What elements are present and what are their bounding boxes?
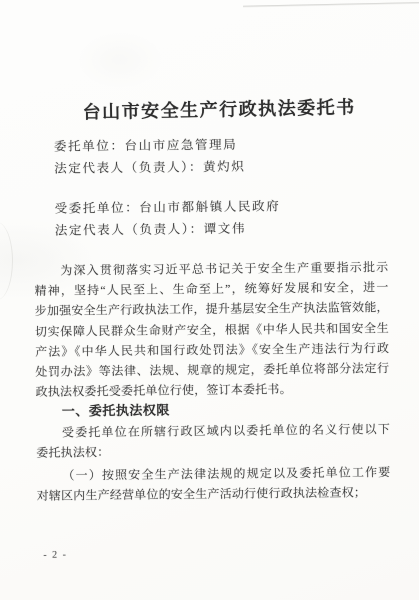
entrusted-party-block: 受委托单位：台山市都斛镇人民政府 法定代表人（负责人）：谭文伟 bbox=[55, 196, 281, 241]
entrusting-unit-line: 委托单位：台山市应急管理局 bbox=[54, 135, 245, 159]
document-body: 为深入贯彻落实习近平总书记关于安全生产重要指示批示 精神，坚持“人民至上、生命至… bbox=[34, 257, 391, 506]
entrusted-representative-line: 法定代表人（负责人）：谭文伟 bbox=[55, 218, 281, 242]
document-content: 台山市安全生产行政执法委托书 委托单位：台山市应急管理局 法定代表人（负责人）：… bbox=[0, 0, 419, 600]
document-title: 台山市安全生产行政执法委托书 bbox=[0, 92, 418, 126]
scanned-document-page: 台山市安全生产行政执法委托书 委托单位：台山市应急管理局 法定代表人（负责人）：… bbox=[0, 0, 419, 600]
entrusting-representative-line: 法定代表人（负责人）：黄灼炽 bbox=[54, 156, 245, 180]
paragraph1-line: 处罚办法》等法律、法规、规章的规定，委托单位将部分法定行 bbox=[35, 358, 389, 382]
paragraph3-line: 对辖区内生产经营单位的安全生产活动行使行政执法检查权； bbox=[37, 482, 391, 506]
page-number: - 2 - bbox=[43, 550, 67, 561]
entrusted-unit-line: 受委托单位：台山市都斛镇人民政府 bbox=[55, 196, 281, 220]
paragraph2-line: 受委托单位在所辖行政区域内以委托单位的名义行使以下 bbox=[36, 419, 390, 443]
paragraph2-line: 委托执法权： bbox=[36, 439, 390, 463]
entrusting-party-block: 委托单位：台山市应急管理局 法定代表人（负责人）：黄灼炽 bbox=[54, 135, 246, 180]
